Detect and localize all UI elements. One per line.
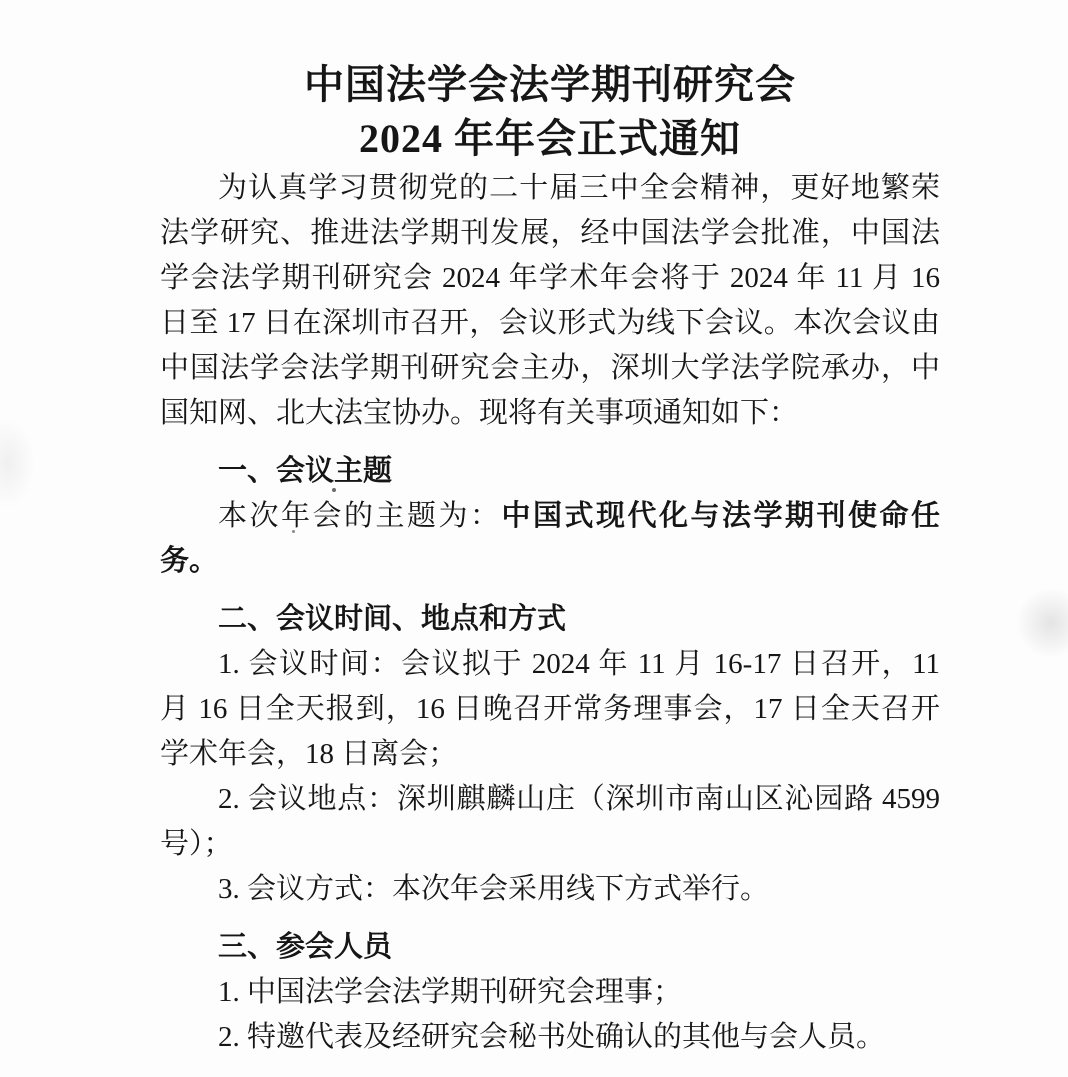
meeting-theme-paragraph: 本次年会的主题为：中国式现代化与法学期刊使命任务。 [160, 494, 940, 584]
participants-item-2: 2. 特邀代表及经研究会秘书处确认的其他与会人员。 [160, 1015, 940, 1060]
intro-paragraph: 为认真学习贯彻党的二十届三中全会精神，更好地繁荣法学研究、推进法学期刊发展，经中… [160, 166, 940, 436]
section-heading-3-participants: 三、参会人员 [160, 925, 940, 970]
document-content: 中国法学会法学期刊研究会 2024 年年会正式通知 为认真学习贯彻党的二十届三中… [160, 58, 940, 1060]
meeting-theme-prefix: 本次年会的主题为： [218, 500, 502, 532]
meeting-format-item: 3. 会议方式：本次年会采用线下方式举行。 [160, 867, 940, 912]
document-title-line2: 2024 年年会正式通知 [160, 112, 940, 166]
scan-smudge-left [0, 418, 35, 508]
document-body: 为认真学习贯彻党的二十届三中全会精神，更好地繁荣法学研究、推进法学期刊发展，经中… [160, 166, 940, 1060]
section-heading-2-time-place-format: 二、会议时间、地点和方式 [160, 597, 940, 642]
meeting-place-item: 2. 会议地点：深圳麒麟山庄（深圳市南山区沁园路 4599 号）； [160, 777, 940, 867]
document-title-line1: 中国法学会法学期刊研究会 [160, 58, 940, 112]
scanned-notice-page: 中国法学会法学期刊研究会 2024 年年会正式通知 为认真学习贯彻党的二十届三中… [0, 0, 1068, 1077]
document-title: 中国法学会法学期刊研究会 2024 年年会正式通知 [160, 58, 940, 166]
section-heading-1-meeting-theme: 一、会议主题 [160, 449, 940, 494]
meeting-time-item: 1. 会议时间：会议拟于 2024 年 11 月 16-17 日召开，11 月 … [160, 642, 940, 777]
participants-item-1: 1. 中国法学会法学期刊研究会理事； [160, 970, 940, 1015]
scan-smudge-right [1016, 588, 1068, 658]
